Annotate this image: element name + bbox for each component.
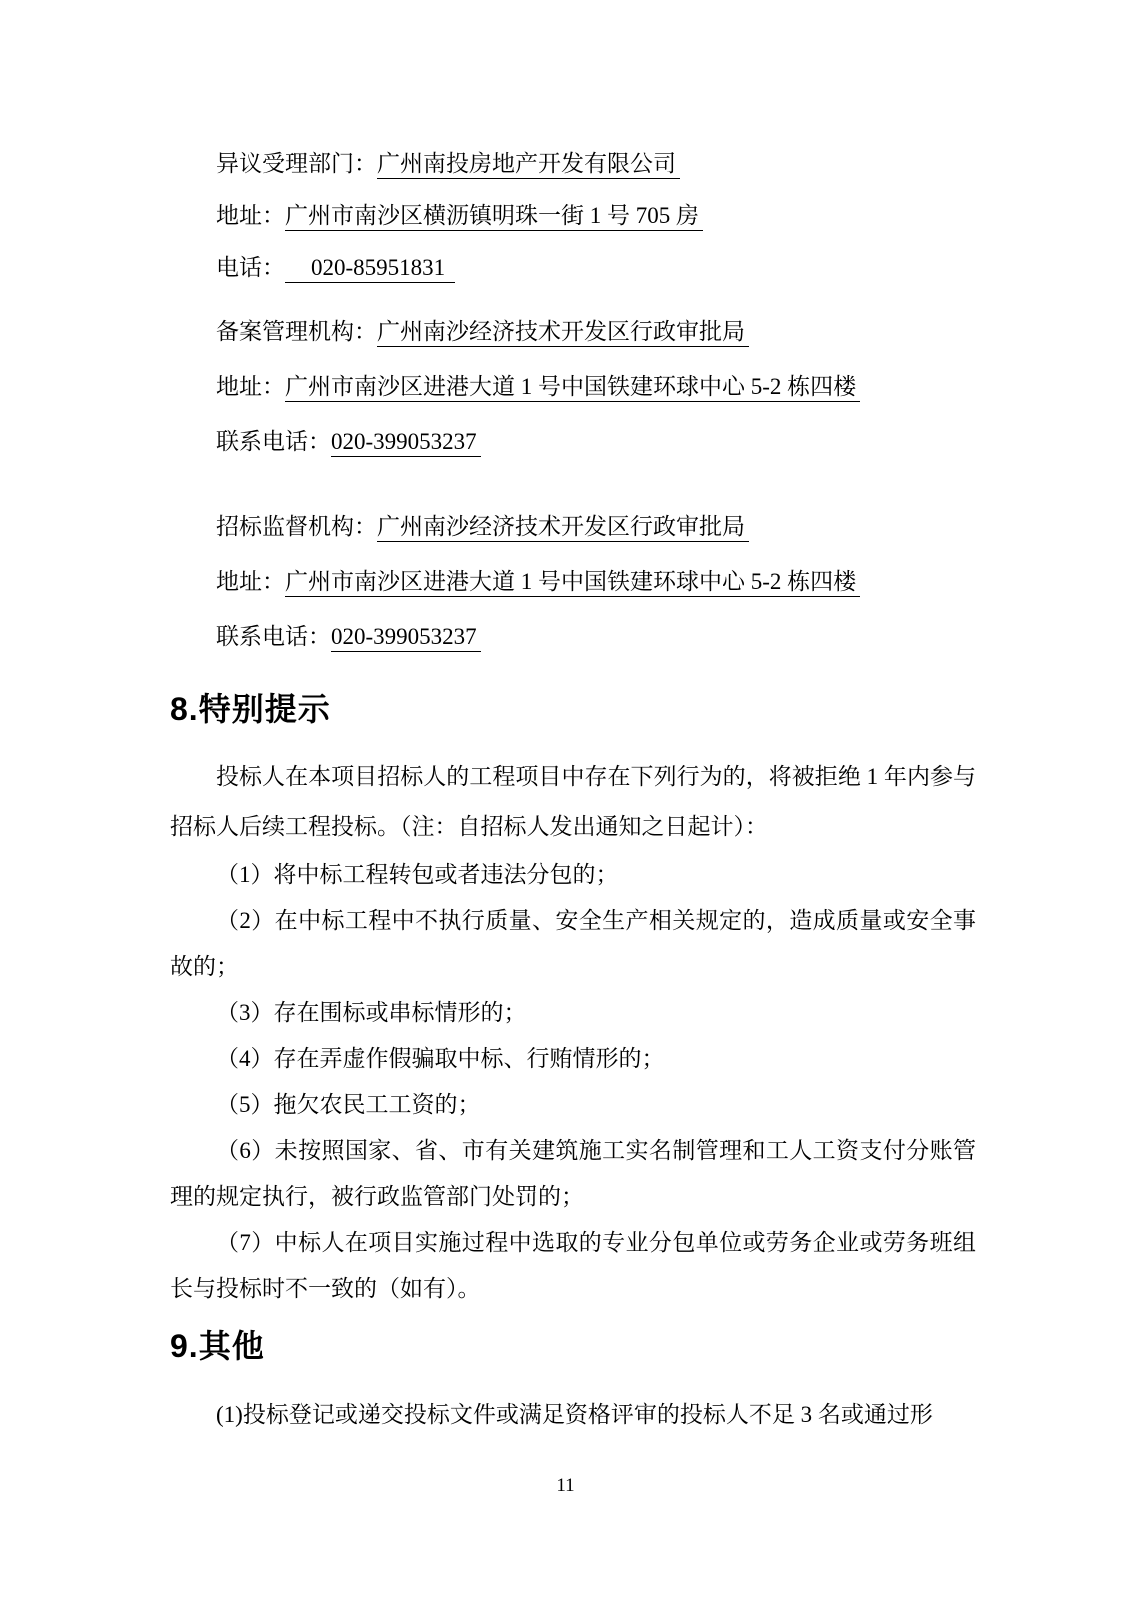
contact-value: 020-399053237 xyxy=(331,429,481,457)
contact-value: 020-399053237 xyxy=(331,624,481,652)
contact-label: 地址： xyxy=(216,374,285,399)
contact-row: 异议受理部门：广州南投房地产开发有限公司 xyxy=(170,150,976,178)
contact-label: 异议受理部门： xyxy=(216,151,377,176)
filing-authority-block: 备案管理机构：广州南沙经济技术开发区行政审批局 地址：广州市南沙区进港大道 1 … xyxy=(170,318,976,456)
document-page: 异议受理部门：广州南投房地产开发有限公司 地址：广州市南沙区横沥镇明珠一街 1 … xyxy=(0,0,1131,1600)
objection-contact-block: 异议受理部门：广州南投房地产开发有限公司 地址：广州市南沙区横沥镇明珠一街 1 … xyxy=(170,150,976,282)
notice-item-7: （7）中标人在项目实施过程中选取的专业分包单位或劳务企业或劳务班组长与投标时不一… xyxy=(170,1220,976,1312)
contact-label: 地址： xyxy=(216,203,285,228)
notice-item-2: （2）在中标工程中不执行质量、安全生产相关规定的，造成质量或安全事故的； xyxy=(170,898,976,990)
contact-row: 地址：广州市南沙区进港大道 1 号中国铁建环球中心 5-2 栋四楼 xyxy=(170,373,976,401)
contact-row: 备案管理机构：广州南沙经济技术开发区行政审批局 xyxy=(170,318,976,346)
section-8-heading: 8.特别提示 xyxy=(170,689,976,729)
section-8-intro: 投标人在本项目招标人的工程项目中存在下列行为的，将被拒绝 1 年内参与 招标人后… xyxy=(170,752,976,852)
notice-item-3: （3）存在围标或串标情形的； xyxy=(170,990,976,1036)
notice-item-1: （1）将中标工程转包或者违法分包的； xyxy=(170,852,976,898)
notice-item-4: （4）存在弄虚作假骗取中标、行贿情形的； xyxy=(170,1036,976,1082)
section-8-items: （1）将中标工程转包或者违法分包的； （2）在中标工程中不执行质量、安全生产相关… xyxy=(170,852,976,1312)
contact-label: 地址： xyxy=(216,569,285,594)
section-9-item-1: (1)投标登记或递交投标文件或满足资格评审的投标人不足 3 名或通过形 xyxy=(170,1392,976,1438)
contact-label: 招标监督机构： xyxy=(216,514,377,539)
contact-label: 备案管理机构： xyxy=(216,319,377,344)
contact-row: 招标监督机构：广州南沙经济技术开发区行政审批局 xyxy=(170,513,976,541)
contact-label: 联系电话： xyxy=(216,429,331,454)
intro-line: 投标人在本项目招标人的工程项目中存在下列行为的，将被拒绝 1 年内参与 xyxy=(170,752,976,802)
contact-value: 广州南沙经济技术开发区行政审批局 xyxy=(377,514,749,542)
intro-line: 招标人后续工程投标。（注：自招标人发出通知之日起计）： xyxy=(170,802,976,852)
contact-row: 联系电话：020-399053237 xyxy=(170,428,976,456)
contact-value: 广州市南沙区进港大道 1 号中国铁建环球中心 5-2 栋四楼 xyxy=(285,374,860,402)
contact-label: 电话： xyxy=(216,255,285,280)
contact-row: 联系电话：020-399053237 xyxy=(170,623,976,651)
contact-value: 广州南沙经济技术开发区行政审批局 xyxy=(377,319,749,347)
section-9-heading: 9.其他 xyxy=(170,1326,976,1366)
contact-row: 电话：020-85951831 xyxy=(170,254,976,282)
supervision-authority-block: 招标监督机构：广州南沙经济技术开发区行政审批局 地址：广州市南沙区进港大道 1 … xyxy=(170,513,976,651)
notice-item-5: （5）拖欠农民工工资的； xyxy=(170,1082,976,1128)
notice-item-6: （6）未按照国家、省、市有关建筑施工实名制管理和工人工资支付分账管理的规定执行，… xyxy=(170,1128,976,1220)
contact-value: 广州南投房地产开发有限公司 xyxy=(377,151,680,179)
contact-row: 地址：广州市南沙区横沥镇明珠一街 1 号 705 房 xyxy=(170,202,976,230)
contact-value: 广州市南沙区进港大道 1 号中国铁建环球中心 5-2 栋四楼 xyxy=(285,569,860,597)
contact-label: 联系电话： xyxy=(216,624,331,649)
contact-value: 020-85951831 xyxy=(285,255,455,283)
page-content: 异议受理部门：广州南投房地产开发有限公司 地址：广州市南沙区横沥镇明珠一街 1 … xyxy=(170,0,976,1438)
contact-row: 地址：广州市南沙区进港大道 1 号中国铁建环球中心 5-2 栋四楼 xyxy=(170,568,976,596)
page-number: 11 xyxy=(0,1474,1131,1498)
contact-value: 广州市南沙区横沥镇明珠一街 1 号 705 房 xyxy=(285,203,703,231)
